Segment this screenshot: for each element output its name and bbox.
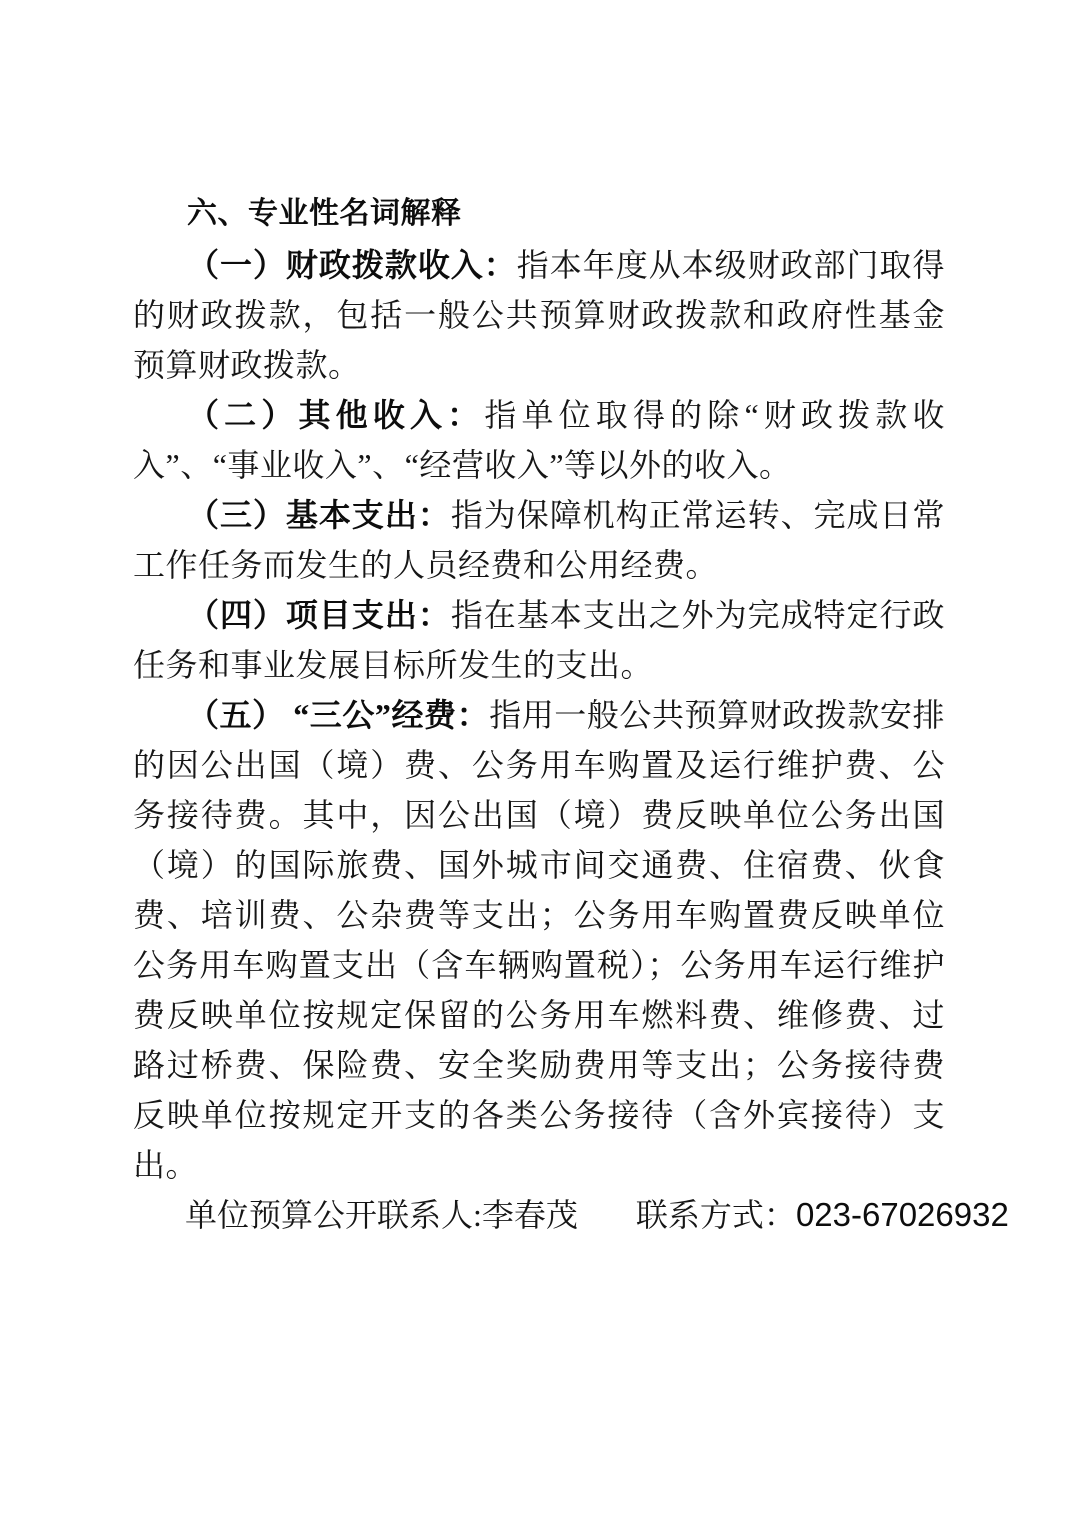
page-content: 六、专业性名词解释 （一）财政拨款收入：指本年度从本级财政部门取得的财政拨款，包…	[133, 188, 945, 1240]
term-lead: （三）基本支出：	[187, 497, 451, 533]
contact-person-label: 单位预算公开联系人:	[185, 1197, 482, 1233]
contact-person-name: 李春茂	[482, 1197, 578, 1233]
contact-line: 单位预算公开联系人:李春茂联系方式：023-67026932	[133, 1190, 945, 1240]
document-page: { "document": { "heading": "六、专业性名词解释", …	[0, 0, 1075, 1519]
definition-paragraph-basic-expenditure: （三）基本支出：指为保障机构正常运转、完成日常工作任务而发生的人员经费和公用经费…	[133, 490, 945, 590]
term-lead: （五） “三公”经费：	[187, 697, 489, 733]
contact-phone-number: 023-67026932	[796, 1196, 1009, 1233]
contact-method: 联系方式：023-67026932	[636, 1197, 1009, 1233]
term-lead: （四）项目支出：	[187, 597, 451, 633]
definition-paragraph-other-income: （二）其他收入：指单位取得的除“财政拨款收入”、“事业收入”、“经营收入”等以外…	[133, 390, 945, 490]
definition-paragraph-project-expenditure: （四）项目支出：指在基本支出之外为完成特定行政任务和事业发展目标所发生的支出。	[133, 590, 945, 690]
contact-method-label: 联系方式：	[636, 1197, 796, 1233]
definition-paragraph-fiscal-appropriation-income: （一）财政拨款收入：指本年度从本级财政部门取得的财政拨款，包括一般公共预算财政拨…	[133, 240, 945, 390]
term-body: 指用一般公共预算财政拨款安排的因公出国（境）费、公务用车购置及运行维护费、公务接…	[133, 697, 945, 1183]
definition-paragraph-three-public-funds: （五） “三公”经费：指用一般公共预算财政拨款安排的因公出国（境）费、公务用车购…	[133, 690, 945, 1190]
term-lead: （二）其他收入：	[187, 397, 484, 433]
section-heading: 六、专业性名词解释	[133, 188, 945, 240]
contact-person: 单位预算公开联系人:李春茂	[185, 1197, 578, 1233]
term-lead: （一）财政拨款收入：	[187, 247, 517, 283]
